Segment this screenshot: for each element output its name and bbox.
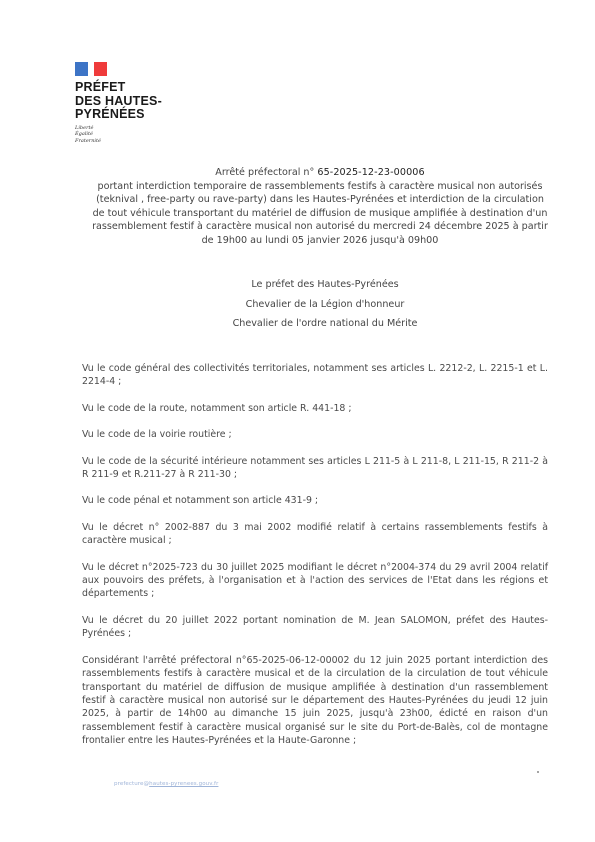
- visa-paragraph: Vu le code de la voirie routière ;: [82, 428, 548, 441]
- marianne-logo: PRÉFET DES HAUTES- PYRÉNÉES Liberté Égal…: [75, 62, 215, 144]
- decree-body: Vu le code général des collectivités ter…: [82, 362, 548, 761]
- prefet-title-line: Le préfet des Hautes-Pyrénées: [190, 275, 460, 295]
- prefecture-name-line: PYRÉNÉES: [75, 108, 215, 122]
- french-flag-icon: [75, 62, 107, 76]
- decree-reference: Arrêté préfectoral n° 65-2025-12-23-0000…: [90, 166, 550, 180]
- scan-mark: [537, 771, 539, 773]
- decree-header: Arrêté préfectoral n° 65-2025-12-23-0000…: [90, 166, 550, 248]
- prefet-titles: Le préfet des Hautes-Pyrénées Chevalier …: [190, 275, 460, 334]
- visa-paragraph: Vu le code pénal et notamment son articl…: [82, 494, 548, 507]
- flag-red-stripe: [94, 62, 107, 76]
- prefecture-name-line: PRÉFET: [75, 81, 215, 95]
- footer-contact-prefix: prefecture@: [114, 781, 149, 787]
- decree-reference-label: Arrêté préfectoral n°: [215, 167, 317, 178]
- visa-paragraph: Vu le code général des collectivités ter…: [82, 362, 548, 389]
- considerant-paragraph: Considérant l'arrêté préfectoral n°65-20…: [82, 654, 548, 748]
- prefet-title-line: Chevalier de la Légion d'honneur: [190, 295, 460, 315]
- decree-subject: portant interdiction temporaire de rasse…: [90, 180, 550, 248]
- prefet-title-line: Chevalier de l'ordre national du Mérite: [190, 314, 460, 334]
- motto-line: Fraternité: [75, 138, 215, 145]
- republic-motto: Liberté Égalité Fraternité: [75, 125, 215, 145]
- prefecture-name-line: DES HAUTES-: [75, 95, 215, 109]
- visa-paragraph: Vu le décret n° 2002-887 du 3 mai 2002 m…: [82, 521, 548, 548]
- visa-paragraph: Vu le décret du 20 juillet 2022 portant …: [82, 614, 548, 641]
- visa-paragraph: Vu le code de la sécurité intérieure not…: [82, 455, 548, 482]
- prefecture-name: PRÉFET DES HAUTES- PYRÉNÉES: [75, 81, 215, 122]
- visa-paragraph: Vu le décret n°2025-723 du 30 juillet 20…: [82, 561, 548, 601]
- decree-reference-number: 65-2025-12-23-00006: [317, 167, 424, 178]
- footer-contact: prefecture@hautes-pyrenees.gouv.fr: [114, 781, 218, 787]
- visa-paragraph: Vu le code de la route, notamment son ar…: [82, 402, 548, 415]
- flag-blue-stripe: [75, 62, 88, 76]
- footer-contact-link[interactable]: hautes-pyrenees.gouv.fr: [149, 781, 218, 787]
